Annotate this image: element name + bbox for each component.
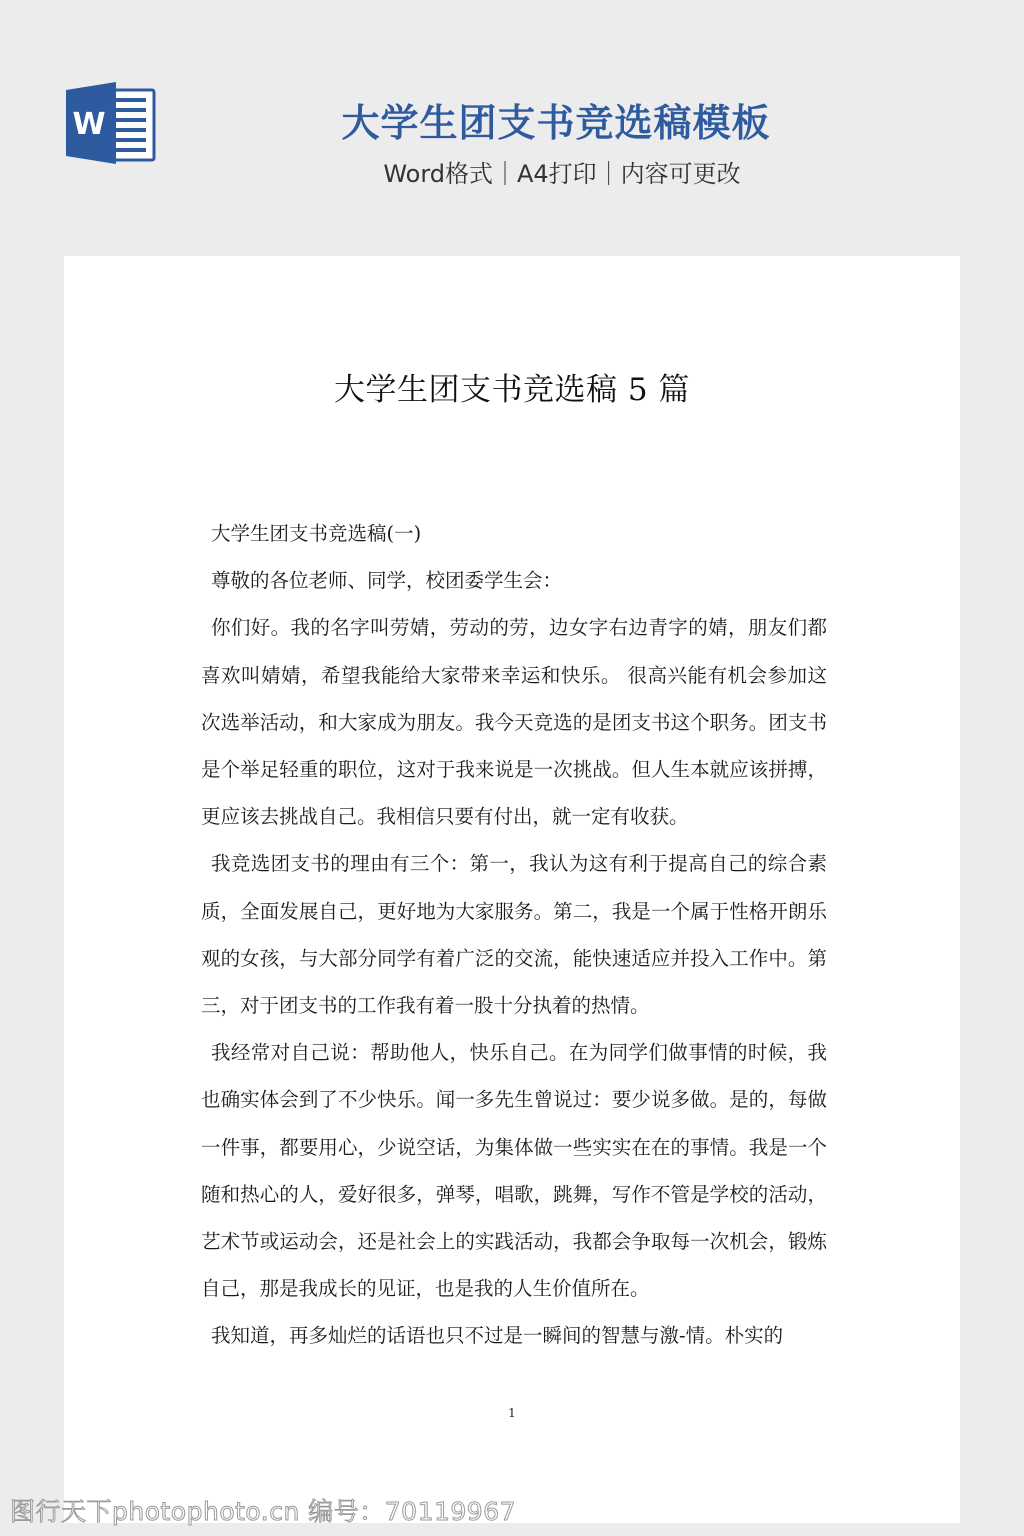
paragraph: 你们好。我的名字叫劳婧，劳动的劳，边女字右边青字的婧，朋友们都喜欢叫婧婧，希望我… xyxy=(201,604,827,840)
document-body: 大学生团支书竞选稿(一) 尊敬的各位老师、同学，校团委学生会： 你们好。我的名字… xyxy=(201,510,827,1360)
document-page: 大学生团支书竞选稿 5 篇 大学生团支书竞选稿(一) 尊敬的各位老师、同学，校团… xyxy=(64,256,960,1523)
template-subtitle: Word格式｜A4打印｜内容可更改 xyxy=(0,154,1024,189)
paragraph: 我知道，再多灿烂的话语也只不过是一瞬间的智慧与激-情。朴实的 xyxy=(201,1312,827,1359)
paragraph-salutation: 尊敬的各位老师、同学，校团委学生会： xyxy=(201,557,827,604)
paragraph: 我竞选团支书的理由有三个：第一，我认为这有利于提高自己的综合素质，全面发展自己，… xyxy=(201,840,827,1029)
template-title: 大学生团支书竞选稿模板 xyxy=(0,92,1024,147)
page-number: 1 xyxy=(64,1406,960,1420)
paragraph-heading: 大学生团支书竞选稿(一) xyxy=(201,510,827,557)
paragraph: 我经常对自己说：帮助他人，快乐自己。在为同学们做事情的时候，我也确实体会到了不少… xyxy=(201,1029,827,1312)
document-title: 大学生团支书竞选稿 5 篇 xyxy=(64,364,960,409)
watermark: 图行天下photophoto.cn 编号：70119967 xyxy=(10,1492,516,1528)
